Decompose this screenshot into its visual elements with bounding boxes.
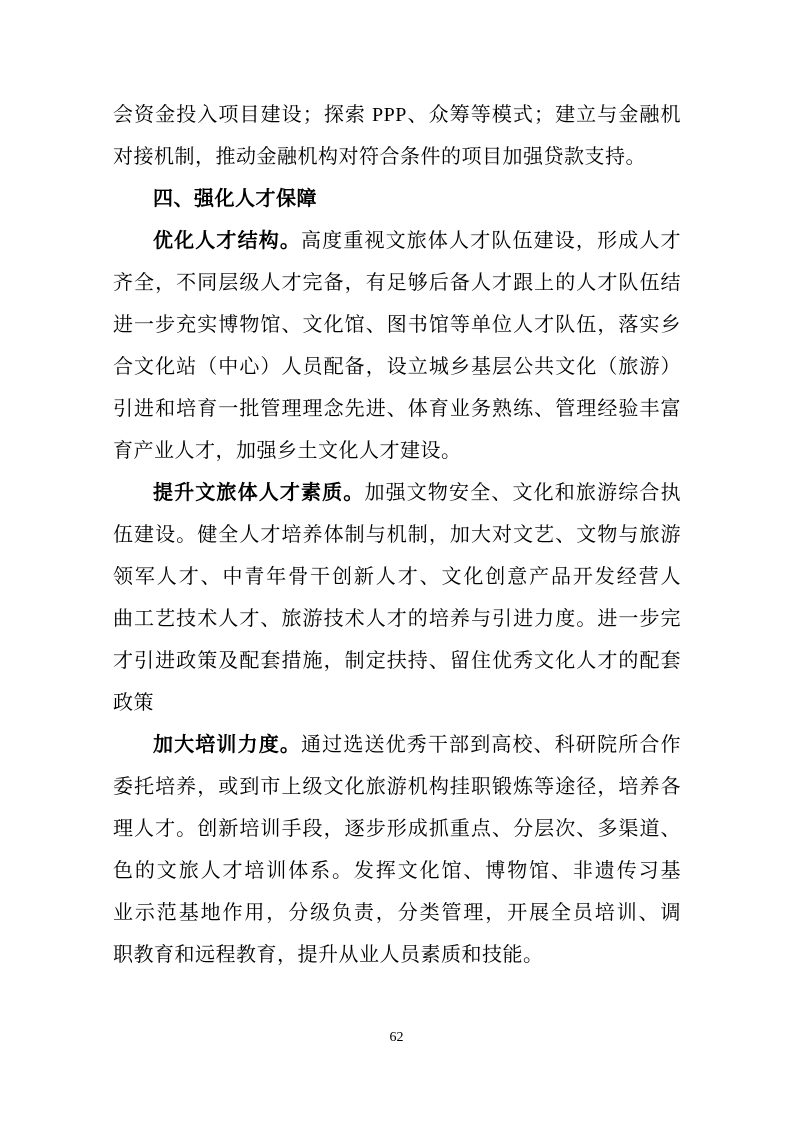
body-text: 理人才。创新培训手段，逐步形成抓重点、分层次、多渠道、有特 (113, 818, 681, 850)
body-text: 领军人才、中青年骨干创新人才、文化创意产品开发经营人才、戏 (113, 566, 681, 598)
text-line: 会资金投入项目建设；探索 PPP、众筹等模式；建立与金融机构的 (113, 94, 681, 136)
body-text: 色的文旅人才培训体系。发挥文化馆、博物馆、非遗传习基地、产 (113, 860, 681, 892)
heading-text: 四、强化人才保障 (153, 188, 317, 210)
text-line: 理人才。创新培训手段，逐步形成抓重点、分层次、多渠道、有特 (113, 808, 681, 850)
body-text: 进一步充实博物馆、文化馆、图书馆等单位人才队伍，落实乡镇综 (113, 314, 681, 346)
text-line: 齐全，不同层级人才完备，有足够后备人才跟上的人才队伍结构。 (113, 262, 681, 304)
body-text: 合文化站（中心）人员配备，设立城乡基层公共文化（旅游）岗位， (113, 356, 681, 388)
body-text: 伍建设。健全人才培养体制与机制，加大对文艺、文物与旅游领域 (113, 524, 681, 556)
paragraph-lead-in: 优化人才结构。 (153, 230, 301, 252)
page-number: 62 (0, 1028, 793, 1048)
body-text: 委托培养，或到市上级文化旅游机构挂职锻炼等途径，培养各级管 (113, 776, 681, 808)
paragraph-lead-in: 加大培训力度。 (153, 734, 301, 756)
text-line: 委托培养，或到市上级文化旅游机构挂职锻炼等途径，培养各级管 (113, 766, 681, 808)
document-body: 会资金投入项目建设；探索 PPP、众筹等模式；建立与金融机构的对接机制，推动金融… (113, 94, 681, 976)
text-line: 政策 (113, 682, 681, 724)
text-line: 领军人才、中青年骨干创新人才、文化创意产品开发经营人才、戏 (113, 556, 681, 598)
text-line: 伍建设。健全人才培养体制与机制，加大对文艺、文物与旅游领域 (113, 514, 681, 556)
text-line: 引进和培育一批管理理念先进、体育业务熟练、管理经验丰富的体 (113, 388, 681, 430)
text-line: 职教育和远程教育，提升从业人员素质和技能。 (113, 934, 681, 976)
body-text: 才引进政策及配套措施，制定扶持、留住优秀文化人才的配套优惠 (113, 650, 681, 682)
body-text: 会资金投入项目建设；探索 PPP、众筹等模式；建立与金融机构的 (113, 104, 681, 136)
body-text: 齐全，不同层级人才完备，有足够后备人才跟上的人才队伍结构。 (113, 272, 681, 304)
text-line: 进一步充实博物馆、文化馆、图书馆等单位人才队伍，落实乡镇综 (113, 304, 681, 346)
text-line: 加大培训力度。通过选送优秀干部到高校、科研院所合作培养、 (113, 724, 681, 766)
text-line: 合文化站（中心）人员配备，设立城乡基层公共文化（旅游）岗位， (113, 346, 681, 388)
body-text: 曲工艺技术人才、旅游技术人才的培养与引进力度。进一步完善人 (113, 608, 681, 640)
body-text: 职教育和远程教育，提升从业人员素质和技能。 (113, 944, 544, 966)
text-line: 曲工艺技术人才、旅游技术人才的培养与引进力度。进一步完善人 (113, 598, 681, 640)
text-line: 提升文旅体人才素质。加强文物安全、文化和旅游综合执法队 (113, 472, 681, 514)
text-line: 优化人才结构。高度重视文旅体人才队伍建设，形成人才结构 (113, 220, 681, 262)
body-text: 对接机制，推动金融机构对符合条件的项目加强贷款支持。 (113, 146, 646, 168)
body-text: 育产业人才，加强乡土文化人才建设。 (113, 440, 462, 462)
text-line: 才引进政策及配套措施，制定扶持、留住优秀文化人才的配套优惠 (113, 640, 681, 682)
text-line: 色的文旅人才培训体系。发挥文化馆、博物馆、非遗传习基地、产 (113, 850, 681, 892)
body-text: 引进和培育一批管理理念先进、体育业务熟练、管理经验丰富的体 (113, 398, 681, 430)
body-text: 业示范基地作用，分级负责，分类管理，开展全员培训、调训、在 (113, 902, 681, 934)
section-heading: 四、强化人才保障 (113, 178, 681, 220)
text-line: 业示范基地作用，分级负责，分类管理，开展全员培训、调训、在 (113, 892, 681, 934)
paragraph-lead-in: 提升文旅体人才素质。 (153, 482, 364, 504)
text-line: 育产业人才，加强乡土文化人才建设。 (113, 430, 681, 472)
document-page: 会资金投入项目建设；探索 PPP、众筹等模式；建立与金融机构的对接机制，推动金融… (0, 0, 793, 1122)
body-text: 政策 (113, 692, 154, 714)
text-line: 对接机制，推动金融机构对符合条件的项目加强贷款支持。 (113, 136, 681, 178)
